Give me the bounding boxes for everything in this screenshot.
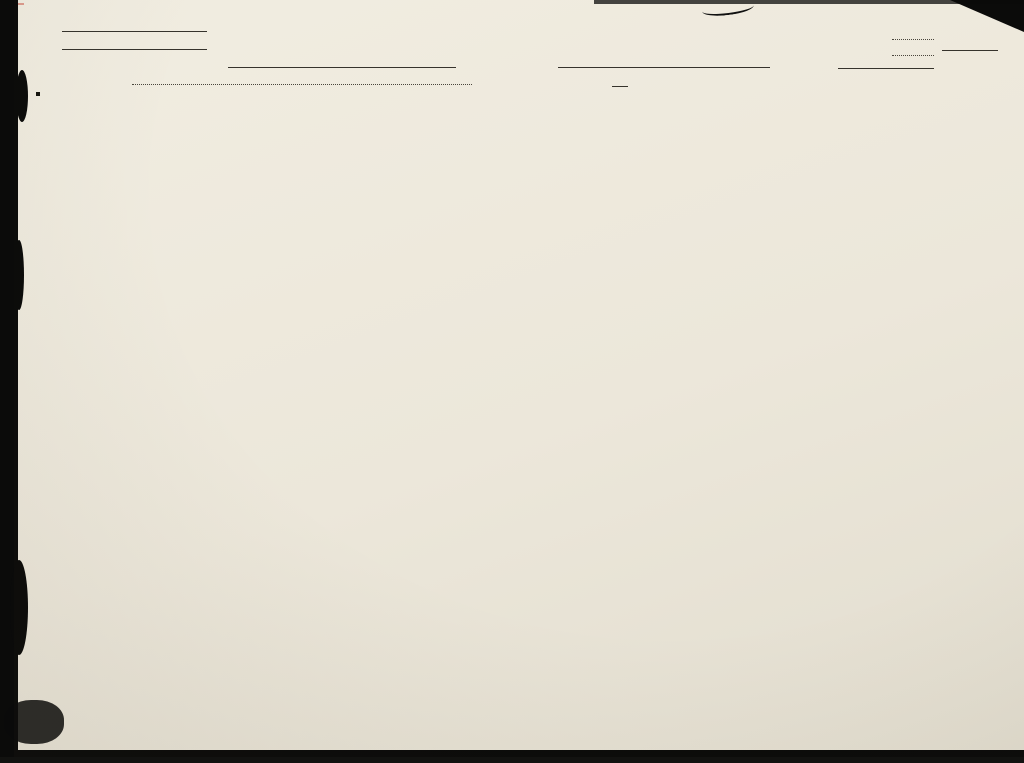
unregistered-watermark xyxy=(18,3,24,5)
scan-tear-top-right xyxy=(950,0,1024,32)
county-underline xyxy=(62,49,207,50)
incorporated-underline xyxy=(558,67,770,68)
sup-line xyxy=(892,39,934,40)
street-name-vertical xyxy=(50,468,68,718)
scan-blob xyxy=(10,560,28,655)
scan-edge-bottom xyxy=(14,750,1024,757)
scan-blob xyxy=(16,70,28,122)
sig-underline xyxy=(612,86,628,87)
township-underline xyxy=(228,67,456,68)
state-underline xyxy=(62,31,207,32)
scan-smudge-top xyxy=(594,0,1024,4)
sheet-underline xyxy=(942,50,998,51)
census-table xyxy=(36,92,40,96)
ed-line xyxy=(892,55,934,56)
ward-underline xyxy=(838,68,934,69)
scanned-census-page xyxy=(14,0,1024,757)
scan-blob xyxy=(14,240,24,310)
institution-line xyxy=(132,84,472,85)
